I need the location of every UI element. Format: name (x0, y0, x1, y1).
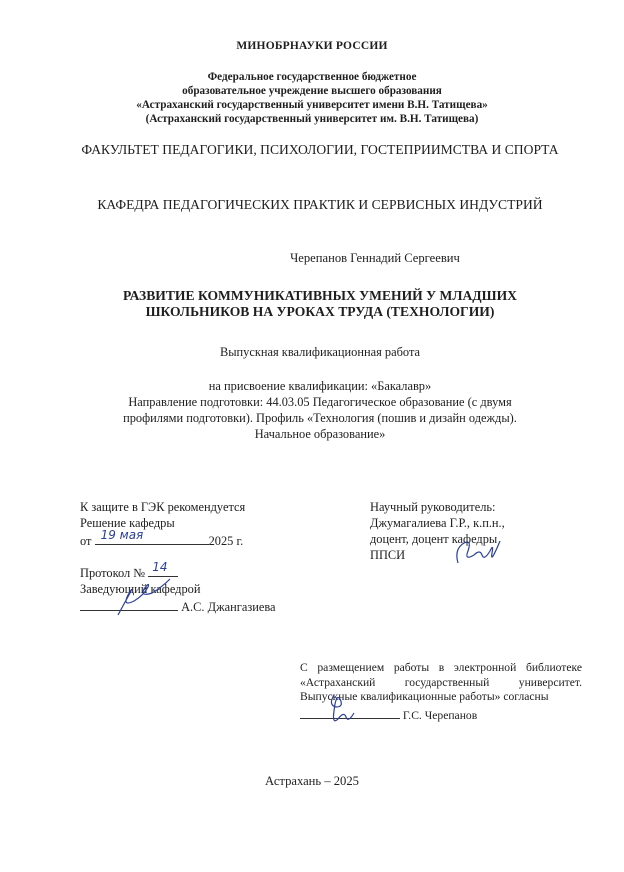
library-signature-row: Г.С. Черепанов (300, 705, 582, 724)
defense-date-row: от 19 мая 2025 г. (80, 531, 330, 549)
date-line: 19 мая (95, 531, 209, 545)
qualification-line: Начальное образование» (70, 426, 570, 442)
library-signer: Г.С. Черепанов (403, 709, 477, 722)
library-consent-block: С размещением работы в электронной библи… (300, 661, 582, 723)
title-line: ШКОЛЬНИКОВ НА УРОКАХ ТРУДА (ТЕХНОЛОГИИ) (60, 304, 580, 320)
author-name: Черепанов Геннадий Сергеевич (150, 251, 600, 266)
qualification-block: на присвоение квалификации: «Бакалавр» Н… (70, 378, 570, 442)
work-type: Выпускная квалификационная работа (80, 345, 560, 360)
date-handwritten: 19 мая (101, 527, 144, 543)
qualification-line: профилями подготовки). Профиль «Технолог… (70, 410, 570, 426)
supervisor-block: Научный руководитель: Джумагалиева Г.Р.,… (370, 499, 590, 563)
date-suffix: 2025 г. (209, 534, 244, 548)
defense-recommend: К защите в ГЭК рекомендуется (80, 499, 330, 515)
department-heading: КАФЕДРА ПЕДАГОГИЧЕСКИХ ПРАКТИК И СЕРВИСН… (40, 197, 600, 213)
qualification-line: на присвоение квалификации: «Бакалавр» (70, 378, 570, 394)
ministry-heading: МИНОБРНАУКИ РОССИИ (0, 40, 624, 52)
supervisor-name: Джумагалиева Г.Р., к.п.н., (370, 515, 590, 531)
date-prefix: от (80, 534, 91, 548)
head-signature-icon (108, 575, 178, 617)
org-line: (Астраханский государственный университе… (0, 112, 624, 126)
supervisor-label: Научный руководитель: (370, 499, 590, 515)
supervisor-signature-icon (450, 535, 510, 569)
faculty-heading: ФАКУЛЬТЕТ ПЕДАГОГИКИ, ПСИХОЛОГИИ, ГОСТЕП… (55, 141, 585, 159)
title-line: РАЗВИТИЕ КОММУНИКАТИВНЫХ УМЕНИЙ У МЛАДШИ… (60, 288, 580, 304)
organization-block: Федеральное государственное бюджетное об… (0, 70, 624, 126)
protocol-handwritten: 14 (152, 559, 167, 575)
city-year-footer: Астрахань – 2025 (0, 774, 624, 789)
org-line: Федеральное государственное бюджетное (0, 70, 624, 84)
org-line: образовательное учреждение высшего образ… (0, 84, 624, 98)
head-name: А.С. Джангазиева (181, 600, 275, 614)
qualification-line: Направление подготовки: 44.03.05 Педагог… (70, 394, 570, 410)
thesis-title: РАЗВИТИЕ КОММУНИКАТИВНЫХ УМЕНИЙ У МЛАДШИ… (60, 288, 580, 320)
org-line: «Астраханский государственный университе… (0, 98, 624, 112)
head-signature-row: А.С. Джангазиева (80, 597, 330, 615)
author-signature-icon (322, 691, 362, 729)
defense-block: К защите в ГЭК рекомендуется Решение каф… (80, 499, 330, 615)
